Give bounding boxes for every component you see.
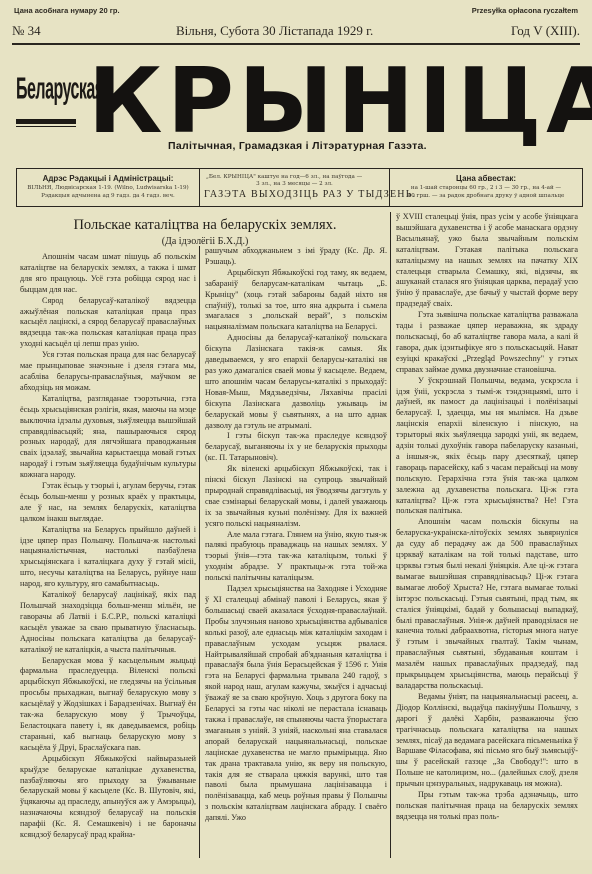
- subscription-box: „Бел. КРЫНІЦА" каштуе на год—6 зл., на п…: [200, 169, 390, 206]
- paragraph: Пры гэтым так-жа трэба адзначыць, што по…: [396, 790, 578, 823]
- ad-rates-box: Цана абвестак: на 1-шай старонцы 60 гр.,…: [390, 169, 582, 206]
- paragraph: Гэта зьявішча польскае каталіцтва разваж…: [396, 310, 578, 375]
- paragraph: І гэты біскуп так-жа праследуе ксяндзоў …: [205, 431, 387, 464]
- paragraph: Арцыбіскуп Ябжыкоўскі найвыразьней крыўд…: [20, 754, 196, 841]
- address-box: Адрэс Рэдакцыі і Адміністрацыі: ВІЛЬНЯ, …: [17, 169, 200, 206]
- paragraph: ў XVIII сталецьці ўнія, праз усім у асоб…: [396, 212, 578, 310]
- paragraph: Гэтак ёсьць у тэорыі і, агулам беручы, г…: [20, 481, 196, 525]
- dateline: № 34 Вільня, Субота 30 Лістапада 1929 г.…: [12, 22, 580, 40]
- masthead-subtitle: Палітычная, Грамадзкая і Літэратурная Га…: [168, 140, 427, 152]
- paragraph: Апошнім часам шмат пішуць аб польскім ка…: [20, 252, 196, 296]
- article-column-2: рашучым абходжаньнем з імі ўраду (Кс. Др…: [205, 246, 387, 824]
- paragraph: Уся гэтая польская праца для нас беларус…: [20, 350, 196, 394]
- article-column-3: ў XVIII сталецьці ўнія, праз усім у асоб…: [396, 212, 578, 823]
- masthead: Беларуская КРЫНІЦА Палітычная, Грамадзка…: [0, 50, 592, 160]
- subscription-price-line1: „Бел. КРЫНІЦА" каштуе на год—6 зл., на п…: [200, 174, 389, 180]
- ad-rates-heading: Цана абвестак:: [390, 174, 582, 183]
- masthead-prefix-block: Беларуская: [16, 74, 78, 140]
- article-column-1: Апошнім часам шмат пішуць аб польскім ка…: [20, 252, 196, 841]
- page-bottom-margin: [0, 860, 592, 874]
- address-heading: Адрэс Рэдакцыі і Адміністрацыі:: [17, 174, 199, 183]
- paragraph: Каталіцтва на Беларусь прыйшло даўней і …: [20, 525, 196, 590]
- postage-note: Przesyłka opłacona ryczałtem: [472, 6, 578, 15]
- date-place: Вільня, Субота 30 Лістапада 1929 г.: [176, 23, 373, 39]
- masthead-title: КРЫНІЦА: [88, 56, 592, 148]
- info-bar: Адрэс Рэдакцыі і Адміністрацыі: ВІЛЬНЯ, …: [16, 168, 583, 207]
- newspaper-page: Цана асобнага нумару 20 гр. Przesyłka op…: [0, 0, 592, 874]
- paragraph: Адносіны да беларусаў-каталікоў польскаг…: [205, 333, 387, 431]
- paragraph: Каталікоў беларусаў лацінікаў, якіх пад …: [20, 590, 196, 655]
- ad-rates-line2: 40 грш. — за радок дробнага друку ў адно…: [390, 193, 582, 199]
- address-line: ВІЛЬНЯ, Людвісарская 1-19. (Wilno, Ludwi…: [17, 185, 199, 191]
- article-title: Польскае каталіцтва на беларускіх землях…: [20, 217, 390, 234]
- subscription-price-line2: 3 зл., на 3 месяцы — 2 зл.: [200, 181, 389, 187]
- masthead-prefix: Беларуская: [16, 74, 78, 108]
- paragraph: Арцыбіскуп Ябжыкоўскі год таму, як ведае…: [205, 268, 387, 333]
- paragraph: Падзел хрысьціянства на Заходняе і Усход…: [205, 584, 387, 824]
- issue-number: № 34: [12, 23, 41, 39]
- paragraph: Як віленскі арцыбіскуп Ябжыкоўскі, так і…: [205, 464, 387, 529]
- issue-price-note: Цана асобнага нумару 20 гр.: [14, 6, 120, 15]
- article-header: Польскае каталіцтва на беларускіх землях…: [20, 217, 390, 247]
- header-rule: [12, 43, 580, 45]
- year-volume: Год V (XIII).: [511, 23, 580, 39]
- column-divider-1: [199, 246, 200, 858]
- paragraph: рашучым абходжаньнем з імі ўраду (Кс. Др…: [205, 246, 387, 268]
- office-hours: Рэдакцыя адчынена ад 9 гадз. да 4 гадз. …: [17, 193, 199, 199]
- top-line: Цана асобнага нумару 20 гр. Przesyłka op…: [14, 4, 578, 16]
- column-divider-2: [390, 212, 391, 858]
- masthead-prefix-bar: [16, 119, 76, 124]
- paragraph: Каталіцтва, разгляданае тэорэтычна, гэта…: [20, 394, 196, 481]
- ad-rates-line1: на 1-шай старонцы 60 гр., 2 і 3 — 30 гр.…: [390, 185, 582, 191]
- paragraph: Але мала гэтага. Глянем на ўнію, якую ты…: [205, 530, 387, 585]
- paragraph: Беларуская мова ў касьцельным жыцьці фар…: [20, 656, 196, 754]
- paragraph: Ведамы ўніят, па нацыянальнасьці расеец,…: [396, 692, 578, 790]
- masthead-prefix-underline: [16, 126, 76, 127]
- paragraph: Апошнім часам польскія біскупы на белару…: [396, 517, 578, 692]
- paragraph: Сярод беларусаў-каталікоў вядзецца ажыўл…: [20, 296, 196, 351]
- publication-frequency: ГАЗЭТА ВЫХОДЗІЦЬ РАЗ У ТЫДЗЕНЬ.: [200, 189, 389, 200]
- paragraph: У ўскрэшнай Польшчы, ведама, ускрэсла і …: [396, 376, 578, 518]
